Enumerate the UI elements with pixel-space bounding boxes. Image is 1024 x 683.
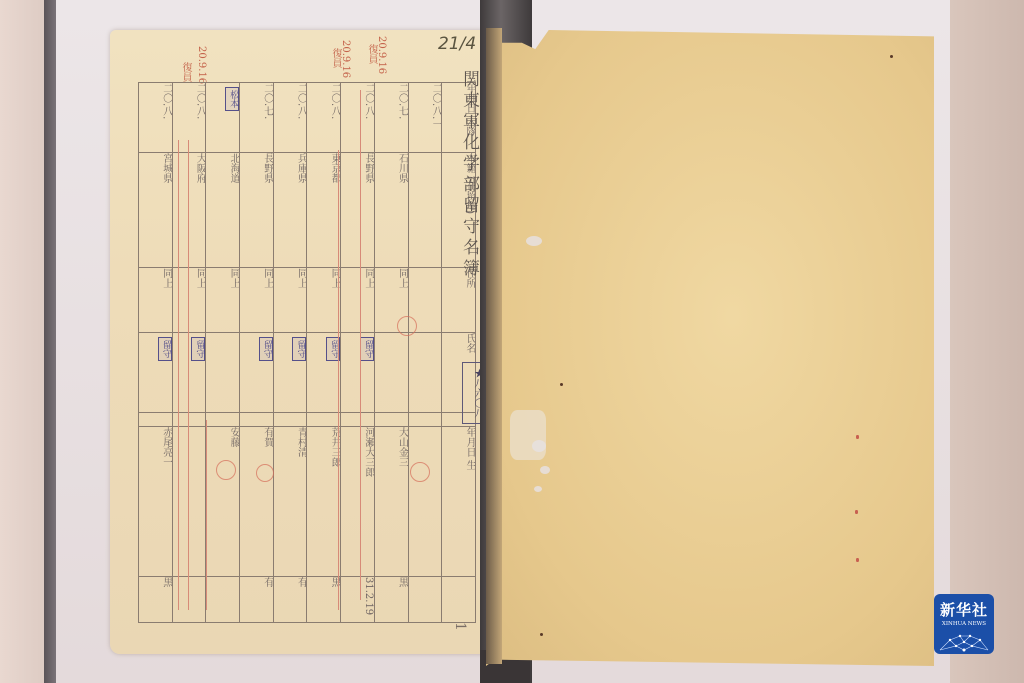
paper-speck — [540, 633, 543, 636]
network-icon — [938, 632, 990, 652]
red-strike-line — [206, 420, 207, 610]
entry-address: 同上 — [341, 268, 375, 333]
entry-stamp-cell: 留守 — [307, 333, 341, 413]
red-seal-circle — [216, 460, 236, 480]
background-left — [0, 0, 50, 683]
right-page-edge — [486, 28, 502, 664]
entry-domicile: 北海道 — [206, 153, 240, 268]
entry-name: 安藤 — [206, 427, 240, 577]
seal-stamp: 松本 — [225, 87, 239, 111]
paper-damage — [532, 440, 546, 452]
seal-stamp: 留守 — [360, 337, 374, 361]
paper-speck — [855, 510, 858, 514]
paper-damage — [526, 236, 542, 246]
entry-mark: 31.2.19 — [341, 577, 375, 623]
entry-date: 二〇.七. — [374, 83, 408, 153]
entry-address: 同上 — [273, 268, 307, 333]
paper-speck — [856, 435, 859, 439]
red-strike-line — [188, 140, 189, 610]
logo-text-en: XINHUA NEWS — [934, 621, 994, 627]
top-annotation: 復員 — [178, 62, 193, 82]
spacer-cell — [240, 413, 274, 427]
entry-domicile — [408, 153, 442, 268]
spacer-cell — [307, 413, 341, 427]
xinhua-news-logo: 新华社 XINHUA NEWS — [934, 594, 994, 654]
logo-text-cn: 新华社 — [934, 599, 994, 620]
entry-mark — [206, 577, 240, 623]
entry-stamp-cell: 留守 — [139, 333, 173, 413]
entry-mark: 有 — [240, 577, 274, 623]
entry-domicile: 石川県 — [374, 153, 408, 268]
entry-address: 同上 — [240, 268, 274, 333]
paper-damage — [510, 410, 546, 460]
title-text: 関東軍化学部留守名簿 — [459, 70, 479, 280]
spacer-cell — [139, 413, 173, 427]
spacer-cell — [408, 413, 442, 427]
entry-stamp-cell: 留守 — [273, 333, 307, 413]
spacer-cell — [341, 413, 375, 427]
entry-domicile: 宮城県 — [139, 153, 173, 268]
entry-address: 同上 — [139, 268, 173, 333]
seal-stamp: 留守 — [292, 337, 306, 361]
entry-domicile: 長野県 — [341, 153, 375, 268]
entry-mark: 黒 — [307, 577, 341, 623]
entry-name: 大山金三 — [374, 427, 408, 577]
entry-date: 二〇.八. — [341, 83, 375, 153]
entry-date: 二〇.八. — [307, 83, 341, 153]
page-number: 21/4 — [438, 34, 476, 54]
entry-name: 赤尾亮一 — [139, 427, 173, 577]
entry-address: 同上 — [206, 268, 240, 333]
red-seal-circle — [397, 316, 417, 336]
spacer-cell — [374, 413, 408, 427]
background-right — [950, 0, 1024, 683]
entry-name — [408, 427, 442, 577]
red-seal-circle — [410, 462, 430, 482]
red-strike-line — [360, 90, 361, 600]
entry-stamp-cell: 留守 — [341, 333, 375, 413]
paper-speck — [890, 55, 893, 58]
red-strike-line — [338, 150, 339, 610]
seal-stamp: 留守 — [259, 337, 273, 361]
spacer-cell — [273, 413, 307, 427]
entry-name: 有賀 — [240, 427, 274, 577]
top-annotation: 20.9.16 — [196, 46, 207, 84]
seal-stamp: 留守 — [158, 337, 172, 361]
paper-speck — [856, 558, 859, 562]
entry-address: 同上 — [307, 268, 341, 333]
red-seal-circle — [256, 464, 274, 482]
entry-mark: 黒 — [139, 577, 173, 623]
top-annotation: 20.9.16 — [376, 36, 387, 74]
entry-mark: 黒 — [374, 577, 408, 623]
seal-stamp: 留守 — [191, 337, 205, 361]
cover-page-right — [486, 30, 934, 666]
entry-date: 二〇.八.一 — [408, 83, 442, 153]
entry-name: 青村清 — [273, 427, 307, 577]
entry-name: 荒井三郎 — [307, 427, 341, 577]
entry-domicile: 長野県 — [240, 153, 274, 268]
entry-mark: 有 — [273, 577, 307, 623]
entry-stamp-cell — [374, 333, 408, 413]
entry-domicile: 兵庫県 — [273, 153, 307, 268]
entry-domicile: 東京都 — [307, 153, 341, 268]
spacer-cell — [206, 413, 240, 427]
entry-date: 松本 — [206, 83, 240, 153]
entry-stamp-cell — [206, 333, 240, 413]
entry-mark — [408, 577, 442, 623]
entry-stamp-cell: 留守 — [240, 333, 274, 413]
red-strike-line — [178, 140, 179, 610]
binder-spine — [44, 0, 56, 683]
entry-date: 二〇.八. — [139, 83, 173, 153]
entry-date: 二〇.七. — [240, 83, 274, 153]
entry-date: 二〇.八. — [273, 83, 307, 153]
document-title: 関東軍化学部留守名簿 — [454, 70, 482, 630]
entry-stamp-cell — [408, 333, 442, 413]
paper-speck — [560, 383, 563, 386]
paper-damage — [540, 466, 550, 474]
entry-name: 河瀬大三郎 — [341, 427, 375, 577]
paper-damage — [534, 486, 542, 492]
top-annotation: 20.9.16 — [340, 40, 351, 78]
